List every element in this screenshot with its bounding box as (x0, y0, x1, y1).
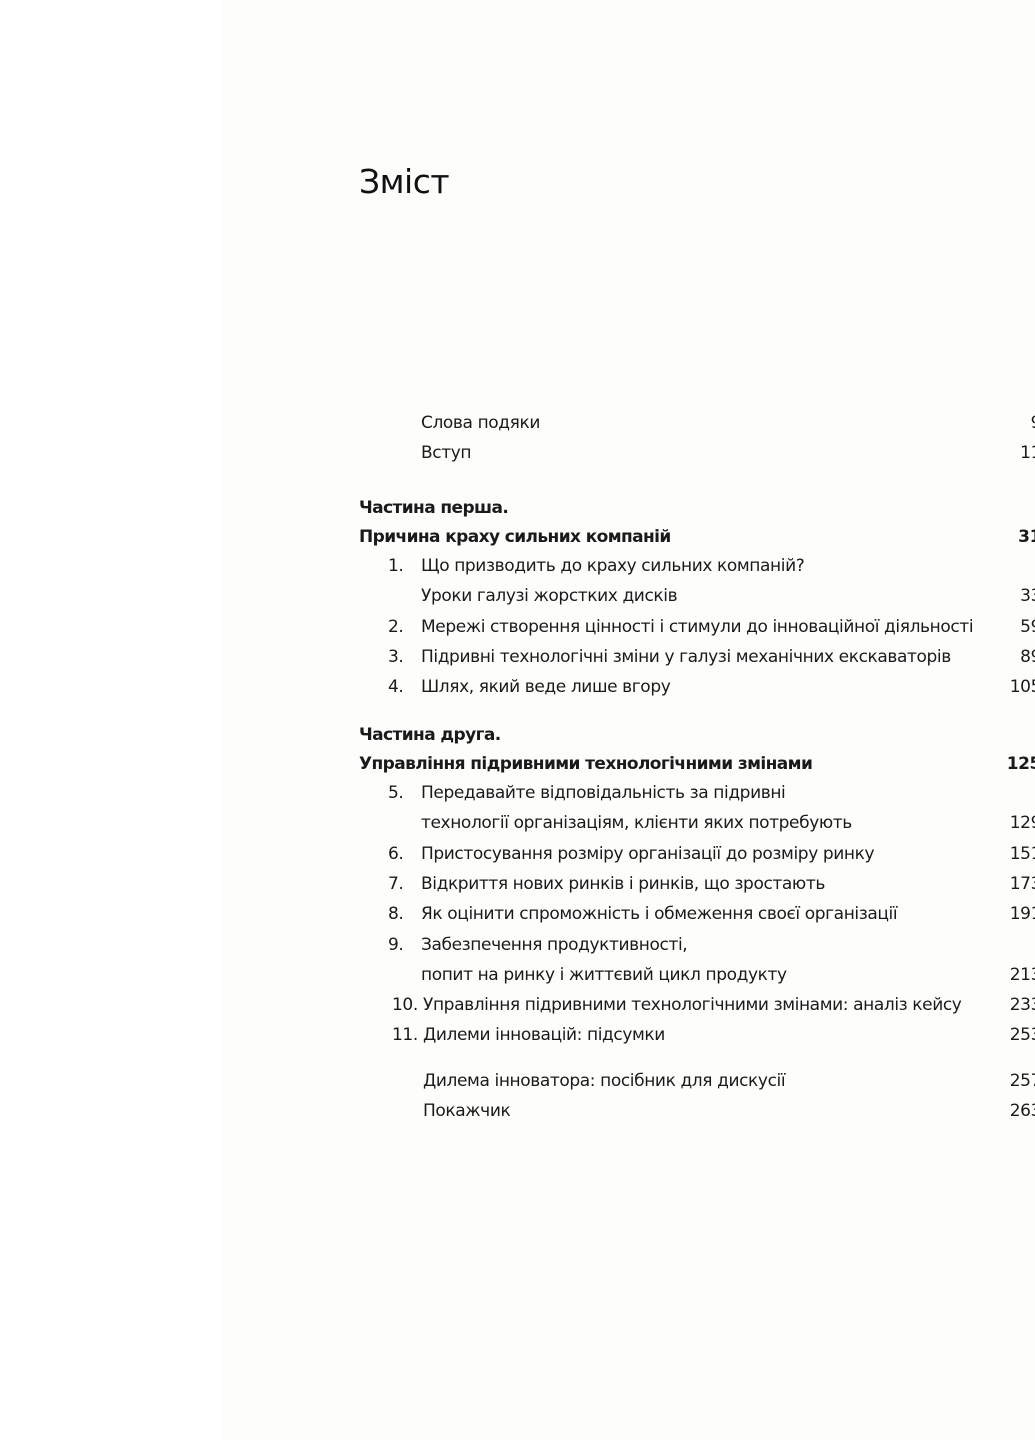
chapter-number: 1. (388, 551, 403, 581)
page-number: 11 (1020, 438, 1035, 468)
part-label-text: Частина перша. (359, 493, 508, 523)
page-number: 253 (1010, 1020, 1035, 1050)
chapter-title: Підривні технологічні зміни у галузі мех… (421, 642, 951, 672)
chapter-title: Шлях, який веде лише вгору (421, 672, 670, 702)
chapter-title: Забезпечення продуктивності, (421, 930, 687, 960)
part-label[interactable]: Частина перша. (222, 493, 1035, 523)
chapter-entry[interactable]: 11.Дилеми інновацій: підсумки253 (222, 1020, 1035, 1050)
page-number: 33 (1020, 581, 1035, 611)
chapter-number: 7. (388, 869, 403, 899)
chapter-title: технології організаціям, клієнти яких по… (421, 808, 852, 838)
chapter-number: 9. (388, 930, 403, 960)
chapter-number: 6. (388, 839, 403, 869)
part-title: Причина краху сильних компаній (359, 522, 671, 552)
chapter-title: Дилеми інновацій: підсумки (423, 1020, 665, 1050)
toc-entry[interactable]: Вступ11 (222, 438, 1035, 468)
page-number: 257 (1010, 1066, 1035, 1096)
part-title: Управління підривними технологічними змі… (359, 749, 812, 779)
chapter-title: Що призводить до краху сильних компаній? (421, 551, 804, 581)
chapter-number: 11. (392, 1020, 418, 1050)
chapter-title: Управління підривними технологічними змі… (423, 990, 961, 1020)
toc-entry[interactable]: Слова подяки9 (222, 408, 1035, 438)
chapter-title: Передавайте відповідальність за підривні (421, 778, 785, 808)
page-number: 129 (1010, 808, 1035, 838)
chapter-number: 5. (388, 778, 403, 808)
chapter-title: Пристосування розміру організації до роз… (421, 839, 874, 869)
chapter-title: Уроки галузі жорстких дисків (421, 581, 677, 611)
page-number: 125 (1007, 749, 1035, 779)
chapter-entry[interactable]: 9.Забезпечення продуктивності, (222, 930, 1035, 960)
chapter-entry[interactable]: 10.Управління підривними технологічними … (222, 990, 1035, 1020)
chapter-entry-continued[interactable]: попит на ринку і життєвий цикл продукту2… (222, 960, 1035, 990)
chapter-title: попит на ринку і життєвий цикл продукту (421, 960, 787, 990)
chapter-entry[interactable]: 1.Що призводить до краху сильних компані… (222, 551, 1035, 581)
chapter-number: 3. (388, 642, 403, 672)
page-number: 263 (1010, 1096, 1035, 1126)
chapter-entry-continued[interactable]: технології організаціям, клієнти яких по… (222, 808, 1035, 838)
part-label[interactable]: Частина друга. (222, 720, 1035, 750)
chapter-number: 2. (388, 612, 403, 642)
page-number: 59 (1020, 612, 1035, 642)
entry-title: Покажчик (423, 1096, 510, 1126)
page-number: 233 (1010, 990, 1035, 1020)
page-number: 105 (1010, 672, 1035, 702)
chapter-entry-continued[interactable]: Уроки галузі жорстких дисків33 (222, 581, 1035, 611)
part-heading[interactable]: Управління підривними технологічними змі… (222, 749, 1035, 779)
chapter-entry[interactable]: 4.Шлях, який веде лише вгору105 (222, 672, 1035, 702)
chapter-entry[interactable]: 2.Мережі створення цінності і стимули до… (222, 612, 1035, 642)
chapter-title: Відкриття нових ринків і ринків, що зрос… (421, 869, 825, 899)
page-number: 31 (1018, 522, 1035, 552)
chapter-number: 8. (388, 899, 403, 929)
toc-title: Зміст (359, 160, 449, 204)
chapter-title: Як оцінити спроможність і обмеження своє… (421, 899, 897, 929)
chapter-entry[interactable]: 8.Як оцінити спроможність і обмеження св… (222, 899, 1035, 929)
chapter-number: 4. (388, 672, 403, 702)
part-heading[interactable]: Причина краху сильних компаній31 (222, 522, 1035, 552)
entry-title: Вступ (421, 438, 471, 468)
page-number: 213 (1010, 960, 1035, 990)
chapter-entry[interactable]: 5.Передавайте відповідальність за підрив… (222, 778, 1035, 808)
page-number: 191 (1010, 899, 1035, 929)
entry-title: Слова подяки (421, 408, 540, 438)
page-number: 151 (1010, 839, 1035, 869)
toc-entry[interactable]: Дилема інноватора: посібник для дискусії… (222, 1066, 1035, 1096)
chapter-entry[interactable]: 7.Відкриття нових ринків і ринків, що зр… (222, 869, 1035, 899)
toc-entry[interactable]: Покажчик263 (222, 1096, 1035, 1126)
book-page: Зміст Слова подяки9Вступ11Частина перша.… (222, 0, 1035, 1440)
page-number: 9 (1031, 408, 1035, 438)
page-number: 89 (1020, 642, 1035, 672)
part-label-text: Частина друга. (359, 720, 501, 750)
chapter-entry[interactable]: 3.Підривні технологічні зміни у галузі м… (222, 642, 1035, 672)
page-number: 173 (1010, 869, 1035, 899)
chapter-title: Мережі створення цінності і стимули до і… (421, 612, 973, 642)
chapter-number: 10. (392, 990, 418, 1020)
chapter-entry[interactable]: 6.Пристосування розміру організації до р… (222, 839, 1035, 869)
entry-title: Дилема інноватора: посібник для дискусії (423, 1066, 785, 1096)
